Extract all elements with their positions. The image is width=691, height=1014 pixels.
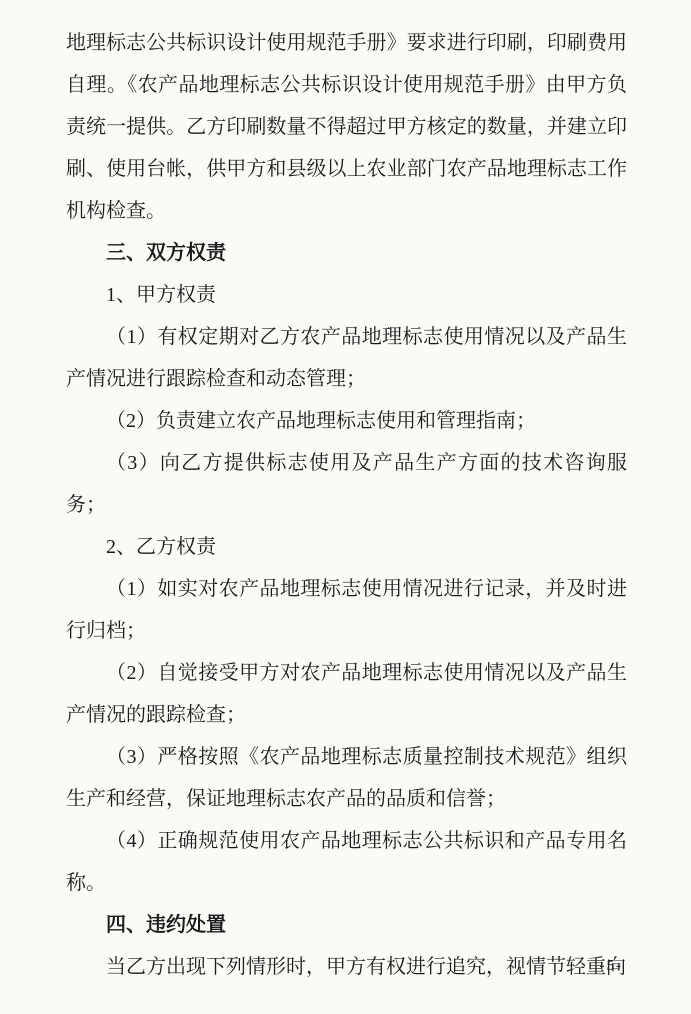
document-page: 地理标志公共标识设计使用规范手册》要求进行印刷，印刷费用自理。《农产品地理标志公… (0, 0, 691, 1014)
paragraph-body-12: 当乙方出现下列情形时，甲方有权进行追究，视情节轻重向 (66, 946, 627, 988)
paragraph-body-4: （2）负责建立农产品地理标志使用和管理指南； (66, 400, 627, 442)
paragraph-body-3: （1）有权定期对乙方农产品地理标志使用情况以及产品生产情况进行跟踪检查和动态管理… (66, 316, 627, 400)
paragraph-heading-1: 三、双方权责 (66, 232, 627, 274)
document-body: 地理标志公共标识设计使用规范手册》要求进行印刷，印刷费用自理。《农产品地理标志公… (66, 22, 627, 988)
paragraph-body-9: （3）严格按照《农产品地理标志质量控制技术规范》组织生产和经营，保证地理标志农产… (66, 736, 627, 820)
paragraph-subheading-2: 1、甲方权责 (66, 274, 627, 316)
paragraph-body-7: （1）如实对农产品地理标志使用情况进行记录，并及时进行归档； (66, 568, 627, 652)
paragraph-body-5: （3）向乙方提供标志使用及产品生产方面的技术咨询服务； (66, 442, 627, 526)
paragraph-body-10: （4）正确规范使用农产品地理标志公共标识和产品专用名称。 (66, 820, 627, 904)
page-number: -5- (600, 956, 624, 976)
paragraph-heading-11: 四、违约处置 (66, 904, 627, 946)
paragraph-body-0: 地理标志公共标识设计使用规范手册》要求进行印刷，印刷费用自理。《农产品地理标志公… (66, 22, 627, 232)
paragraph-body-8: （2）自觉接受甲方对农产品地理标志使用情况以及产品生产情况的跟踪检查； (66, 652, 627, 736)
paragraph-subheading-6: 2、乙方权责 (66, 526, 627, 568)
